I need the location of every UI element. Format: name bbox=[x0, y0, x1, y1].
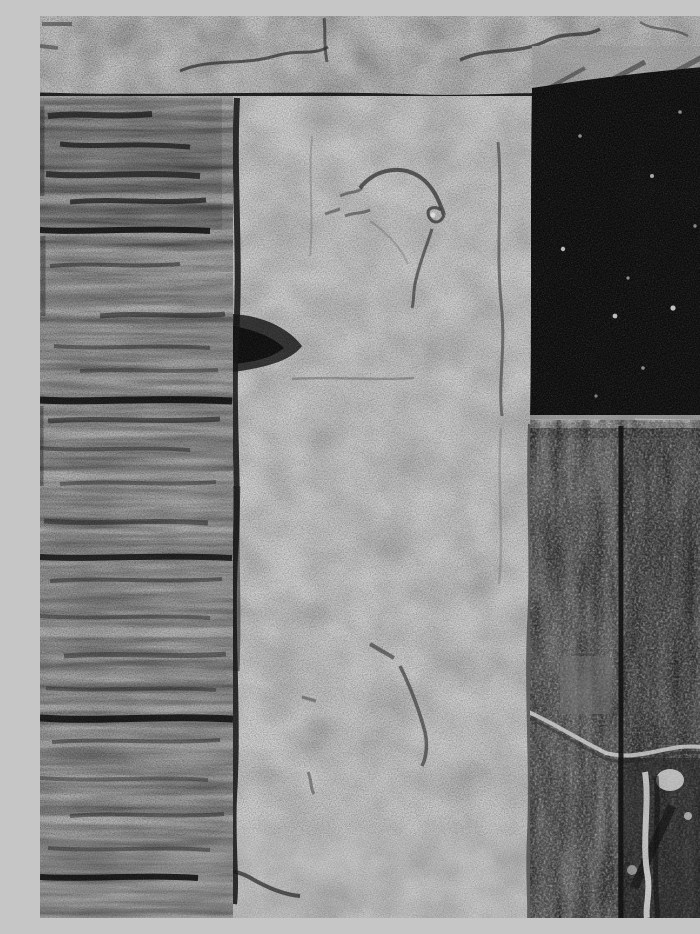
global-blotch bbox=[40, 16, 700, 918]
photo-canvas bbox=[40, 16, 700, 918]
grain-overlay bbox=[40, 16, 700, 918]
photograph: Grainy monochrome close-up of a building… bbox=[40, 16, 700, 918]
